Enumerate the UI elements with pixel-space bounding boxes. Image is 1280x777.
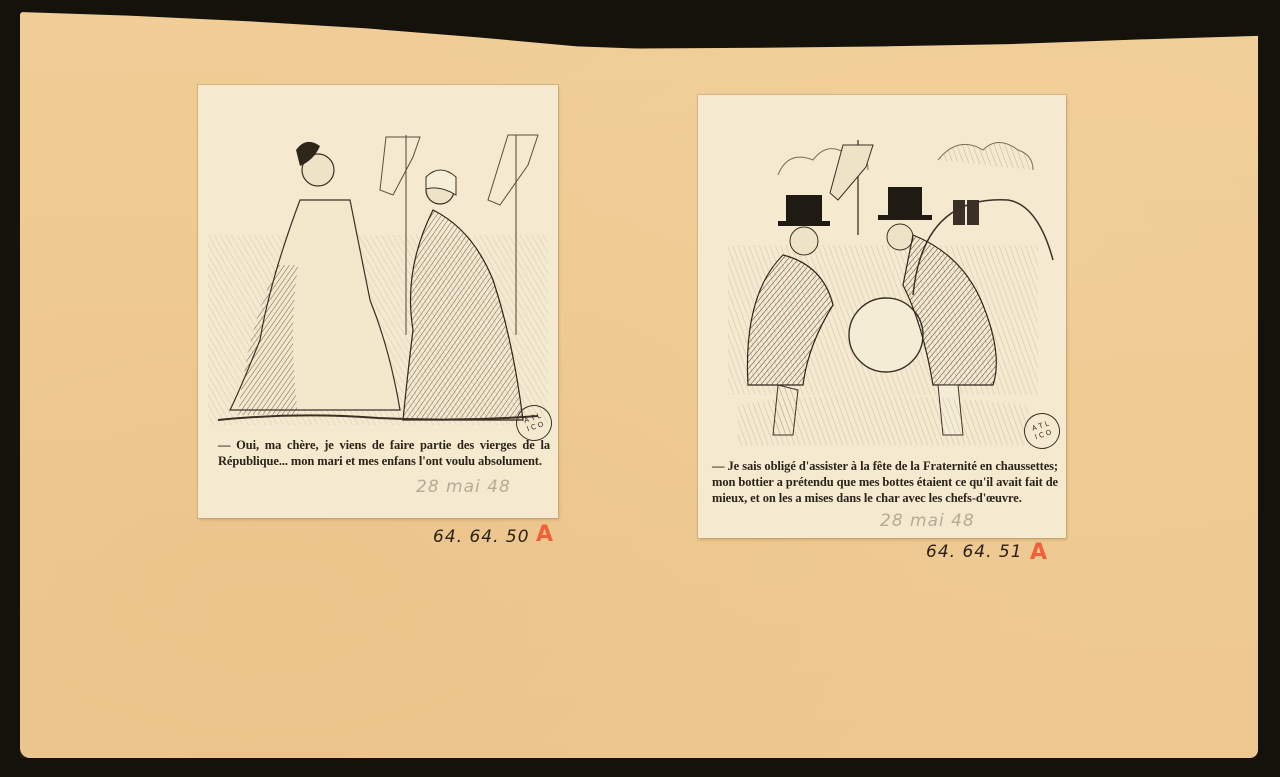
print-caption: — Oui, ma chère, je viens de faire parti… xyxy=(218,437,550,469)
accession-number: 64. 64. 50 xyxy=(433,527,530,547)
illustration-two-women xyxy=(208,95,548,435)
print-right: — Je sais obligé d'assister à la fête de… xyxy=(698,95,1066,538)
pencil-date: 28 mai 48 xyxy=(880,511,975,531)
print-left: — Oui, ma chère, je viens de faire parti… xyxy=(198,85,558,518)
accession-mark: A xyxy=(536,522,553,547)
pencil-date: 28 mai 48 xyxy=(416,477,511,497)
print-caption: — Je sais obligé d'assister à la fête de… xyxy=(712,458,1058,506)
accession-number: 64. 64. 51 xyxy=(926,542,1023,562)
illustration-two-men xyxy=(708,105,1056,453)
accession-mark: A xyxy=(1030,540,1047,565)
